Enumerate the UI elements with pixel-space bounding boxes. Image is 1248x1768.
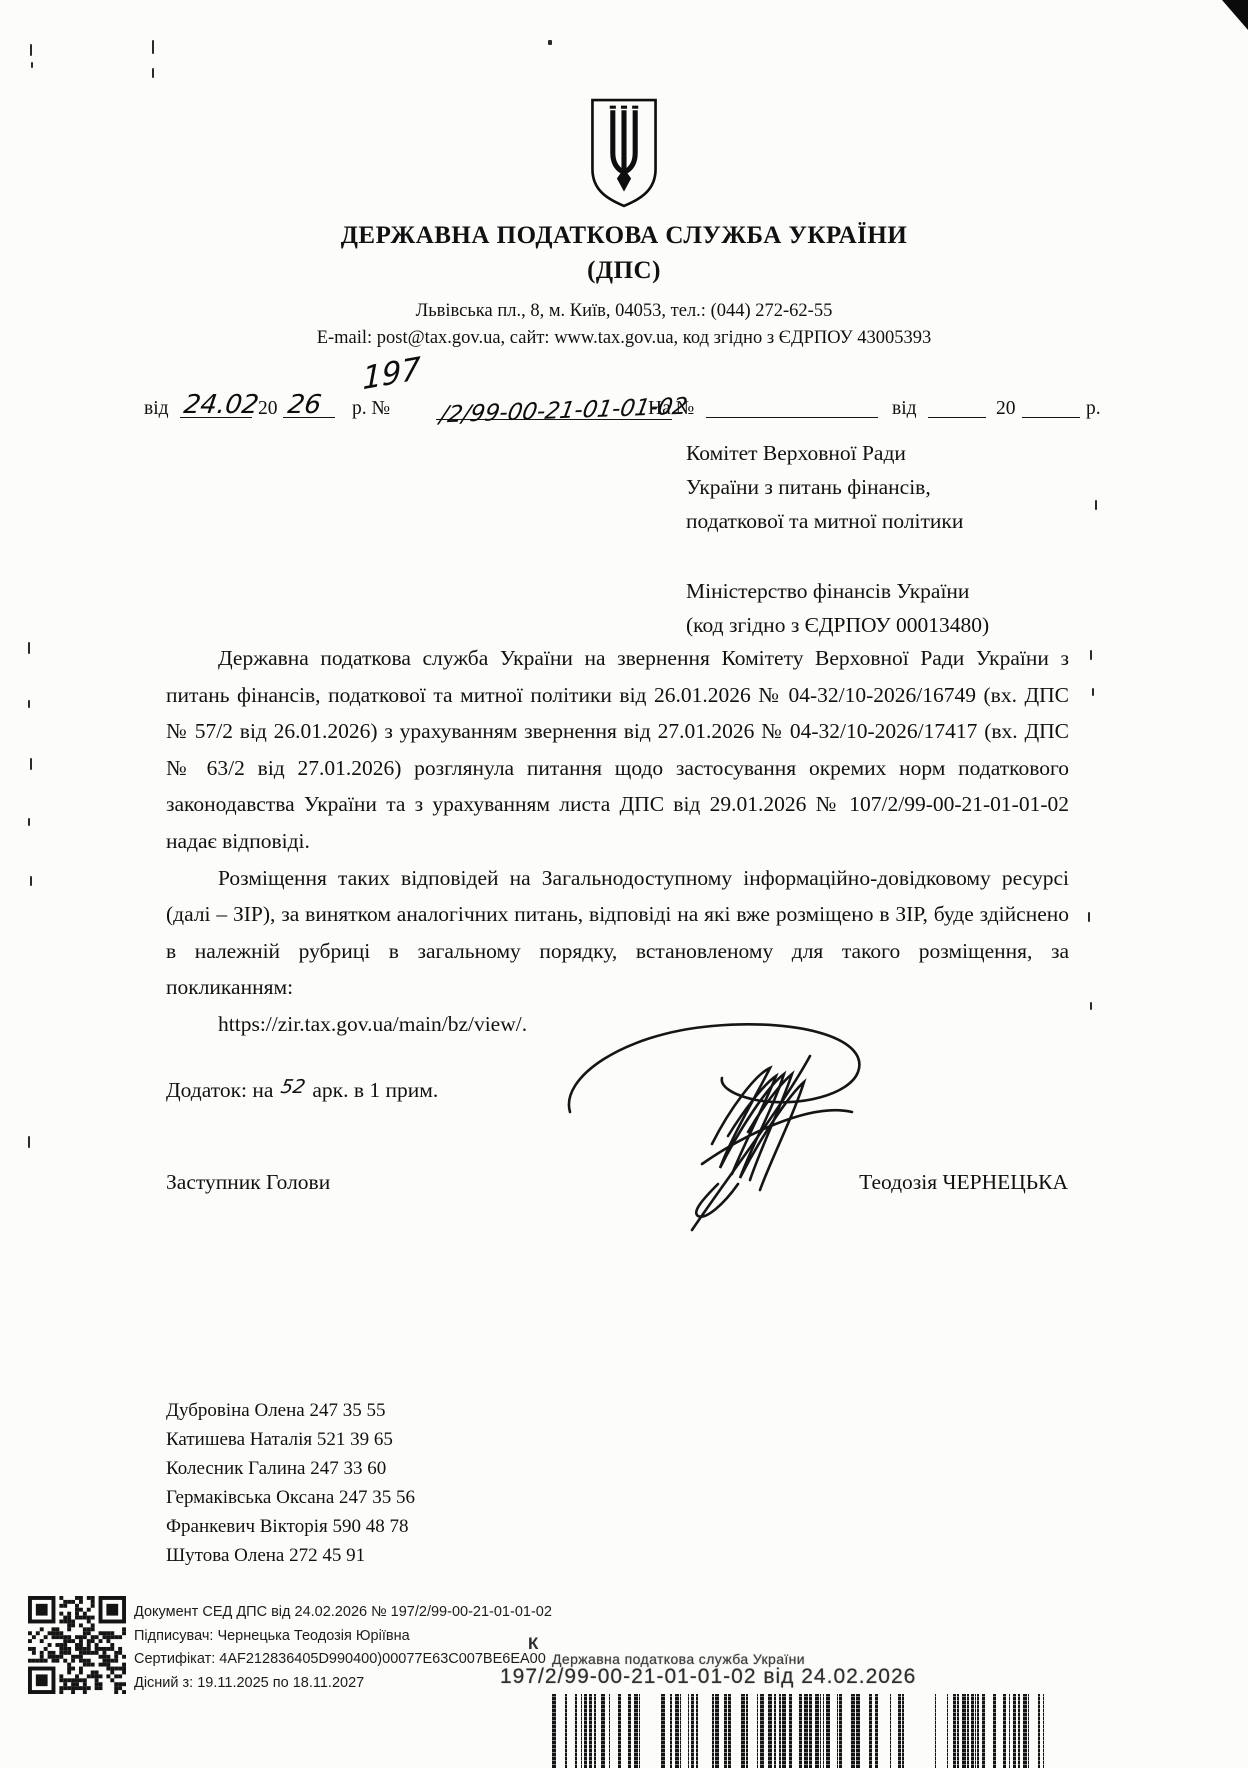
reply-number-label: На № (648, 398, 694, 420)
executor-line: Франкевич Вікторія 590 48 78 (166, 1512, 415, 1541)
reply-from-label: від (892, 398, 917, 420)
qr-code (28, 1596, 126, 1694)
scan-artifact (1095, 500, 1097, 510)
attachment-label: Додаток: на (166, 1078, 273, 1102)
recipient-ministry: Міністерство фінансів України (код згідн… (686, 574, 1086, 642)
reference-line: від 24.02 20 26 р. № 197 /2/99-00-21-01-… (140, 372, 1092, 426)
scan-artifact (28, 1136, 30, 1148)
scanned-letter-page: { "header": { "org_name": "ДЕРЖАВНА ПОДА… (0, 0, 1248, 1768)
executors-list: Дубровіна Олена 247 35 55 Катишева Натал… (166, 1396, 415, 1570)
ref-century-label: 20 (258, 398, 278, 420)
scan-artifact (28, 818, 30, 826)
recipient-line: (код згідно з ЄДРПОУ 00013480) (686, 608, 1086, 642)
scan-artifact (30, 876, 32, 886)
scan-artifact (31, 62, 33, 68)
scan-corner-fold (1222, 0, 1248, 30)
ref-from-label: від (144, 398, 169, 420)
executor-line: Шутова Олена 272 45 91 (166, 1541, 415, 1570)
scan-artifact (1088, 912, 1090, 922)
ukraine-trident-emblem-icon (588, 96, 660, 215)
recipient-line: Міністерство фінансів України (686, 574, 1086, 608)
recipient-committee: Комітет Верховної Ради України з питань … (686, 436, 1086, 538)
recipient-line: податкової та митної політики (686, 504, 1086, 538)
recipients-block: Комітет Верховної Ради України з питань … (686, 436, 1086, 642)
handwritten-signature (552, 1016, 884, 1249)
scan-artifact (1092, 688, 1094, 696)
org-contact-line: E-mail: post@tax.gov.ua, сайт: www.tax.g… (0, 325, 1248, 352)
scan-artifact (28, 700, 30, 708)
ref-year-handwritten: 26 (286, 390, 323, 420)
body-paragraph-1: Державна податкова служба України на зве… (166, 640, 1069, 860)
recipient-line: Комітет Верховної Ради (686, 436, 1086, 470)
org-address-block: Львівська пл., 8, м. Київ, 04053, тел.: … (0, 298, 1248, 352)
attachment-tail: арк. в 1 прим. (312, 1078, 438, 1102)
stamp-ref-line: 197/2/99-00-21-01-01-02 від 24.02.2026 (500, 1665, 916, 1689)
ref-number-label: р. № (352, 398, 390, 420)
signer-position: Заступник Голови (166, 1170, 330, 1195)
reply-number-blank (706, 399, 878, 418)
attachment-sheets-handwritten: 52 (279, 1076, 307, 1098)
scan-artifact (1090, 1002, 1092, 1010)
scan-artifact (152, 68, 154, 78)
executor-line: Катишева Наталія 521 39 65 (166, 1425, 415, 1454)
scan-artifact (30, 758, 32, 770)
executor-line: Колесник Галина 247 33 60 (166, 1454, 415, 1483)
executor-line: Дубровіна Олена 247 35 55 (166, 1396, 415, 1425)
esignature-signer-line: Підписувач: Чернецька Теодозія Юріївна (134, 1625, 552, 1649)
org-abbreviation: (ДПС) (0, 253, 1248, 288)
org-address-line: Львівська пл., 8, м. Київ, 04053, тел.: … (0, 298, 1248, 325)
org-name: ДЕРЖАВНА ПОДАТКОВА СЛУЖБА УКРАЇНИ (0, 218, 1248, 253)
reply-year-suffix-label: р. (1086, 398, 1101, 420)
scan-artifact (1090, 650, 1092, 660)
letter-body: Державна податкова служба України на зве… (166, 640, 1069, 1043)
reply-century-label: 20 (996, 398, 1016, 420)
recipient-line: України з питань фінансів, (686, 470, 1086, 504)
body-paragraph-2: Розміщення таких відповідей на Загальнод… (166, 860, 1069, 1006)
esignature-info: Документ СЕД ДПС від 24.02.2026 № 197/2/… (134, 1601, 552, 1695)
ref-number-top-handwritten: 197 (362, 351, 420, 398)
reply-year-blank (1022, 399, 1080, 418)
scan-artifact (548, 40, 552, 45)
scan-artifact (152, 40, 154, 54)
executor-line: Гермаківська Оксана 247 35 56 (166, 1483, 415, 1512)
scan-artifact (28, 642, 30, 654)
ref-date-handwritten: 24.02 (182, 390, 261, 420)
barcode (552, 1694, 1052, 1768)
barcode-texture (552, 1694, 1052, 1768)
esignature-validity-line: Дісний з: 19.11.2025 по 18.11.2027 (134, 1672, 552, 1696)
attachment-line: Додаток: на 52 арк. в 1 прим. (166, 1078, 438, 1103)
esignature-doc-line: Документ СЕД ДПС від 24.02.2026 № 197/2/… (134, 1601, 552, 1625)
reply-date-blank (928, 399, 986, 418)
scan-artifact (30, 44, 32, 56)
stamp-letter: К (528, 1634, 538, 1654)
esignature-certificate-line: Сертифікат: 4AF212836405D990400)00077E63… (134, 1648, 552, 1672)
org-heading: ДЕРЖАВНА ПОДАТКОВА СЛУЖБА УКРАЇНИ (ДПС) (0, 218, 1248, 288)
